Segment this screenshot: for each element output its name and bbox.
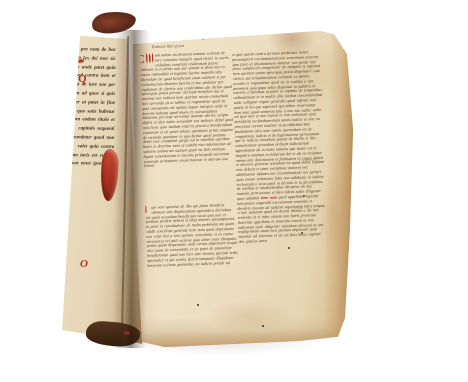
headband-spine-top xyxy=(91,10,137,35)
column2-text-b: quod appellatio legitime interposita sus… xyxy=(237,193,324,244)
red-initial-o: O xyxy=(80,259,88,270)
column2-text-a: si quis autem contra formam predictam ve… xyxy=(232,50,324,201)
column1-paragraph-2: um vero queritur de illis qui plura bene… xyxy=(146,203,238,268)
folio-mark: 4 xyxy=(202,36,204,41)
column1-paragraph-1-block: Cum autem sacrosancta romana ecclesia de… xyxy=(140,51,236,202)
initial-letter: C xyxy=(140,52,145,66)
red-initial-q: Q xyxy=(78,74,87,85)
manuscript-photo: bus et pro nota de hoc quod ait lex dei … xyxy=(0,0,468,382)
right-page: Rubrica libri primi 4 Cum autem sacrosan… xyxy=(130,28,356,350)
large-red-initial-ornament xyxy=(100,149,120,202)
margin-dot xyxy=(303,195,305,197)
ink-speck xyxy=(288,247,290,249)
initial-flourish-bar xyxy=(145,206,146,213)
margin-note-2: require hic xyxy=(302,158,317,163)
running-title: Rubrica libri primi xyxy=(152,42,216,51)
margin-note-3: contra xyxy=(294,206,303,210)
text-column-1: Cum autem sacrosancta romana ecclesia de… xyxy=(140,51,240,304)
left-page-strip: bus et pro nota de hoc quod ait lex dei … xyxy=(58,34,144,348)
initial-flourish-bars xyxy=(146,54,153,63)
ink-speck xyxy=(262,325,264,327)
column1-paragraph-2-block: Cum vero queritur de illis qui plura ben… xyxy=(145,203,239,302)
margin-dot xyxy=(301,232,303,234)
column1-paragraph-1: um autem sacrosancta romana ecclesia de … xyxy=(140,51,233,168)
ink-speck xyxy=(197,304,199,306)
margin-note-1: nota bene xyxy=(296,122,310,127)
decorated-initial-1: C xyxy=(140,54,154,68)
text-column-2: si quis autem contra formam predictam ve… xyxy=(232,50,330,305)
